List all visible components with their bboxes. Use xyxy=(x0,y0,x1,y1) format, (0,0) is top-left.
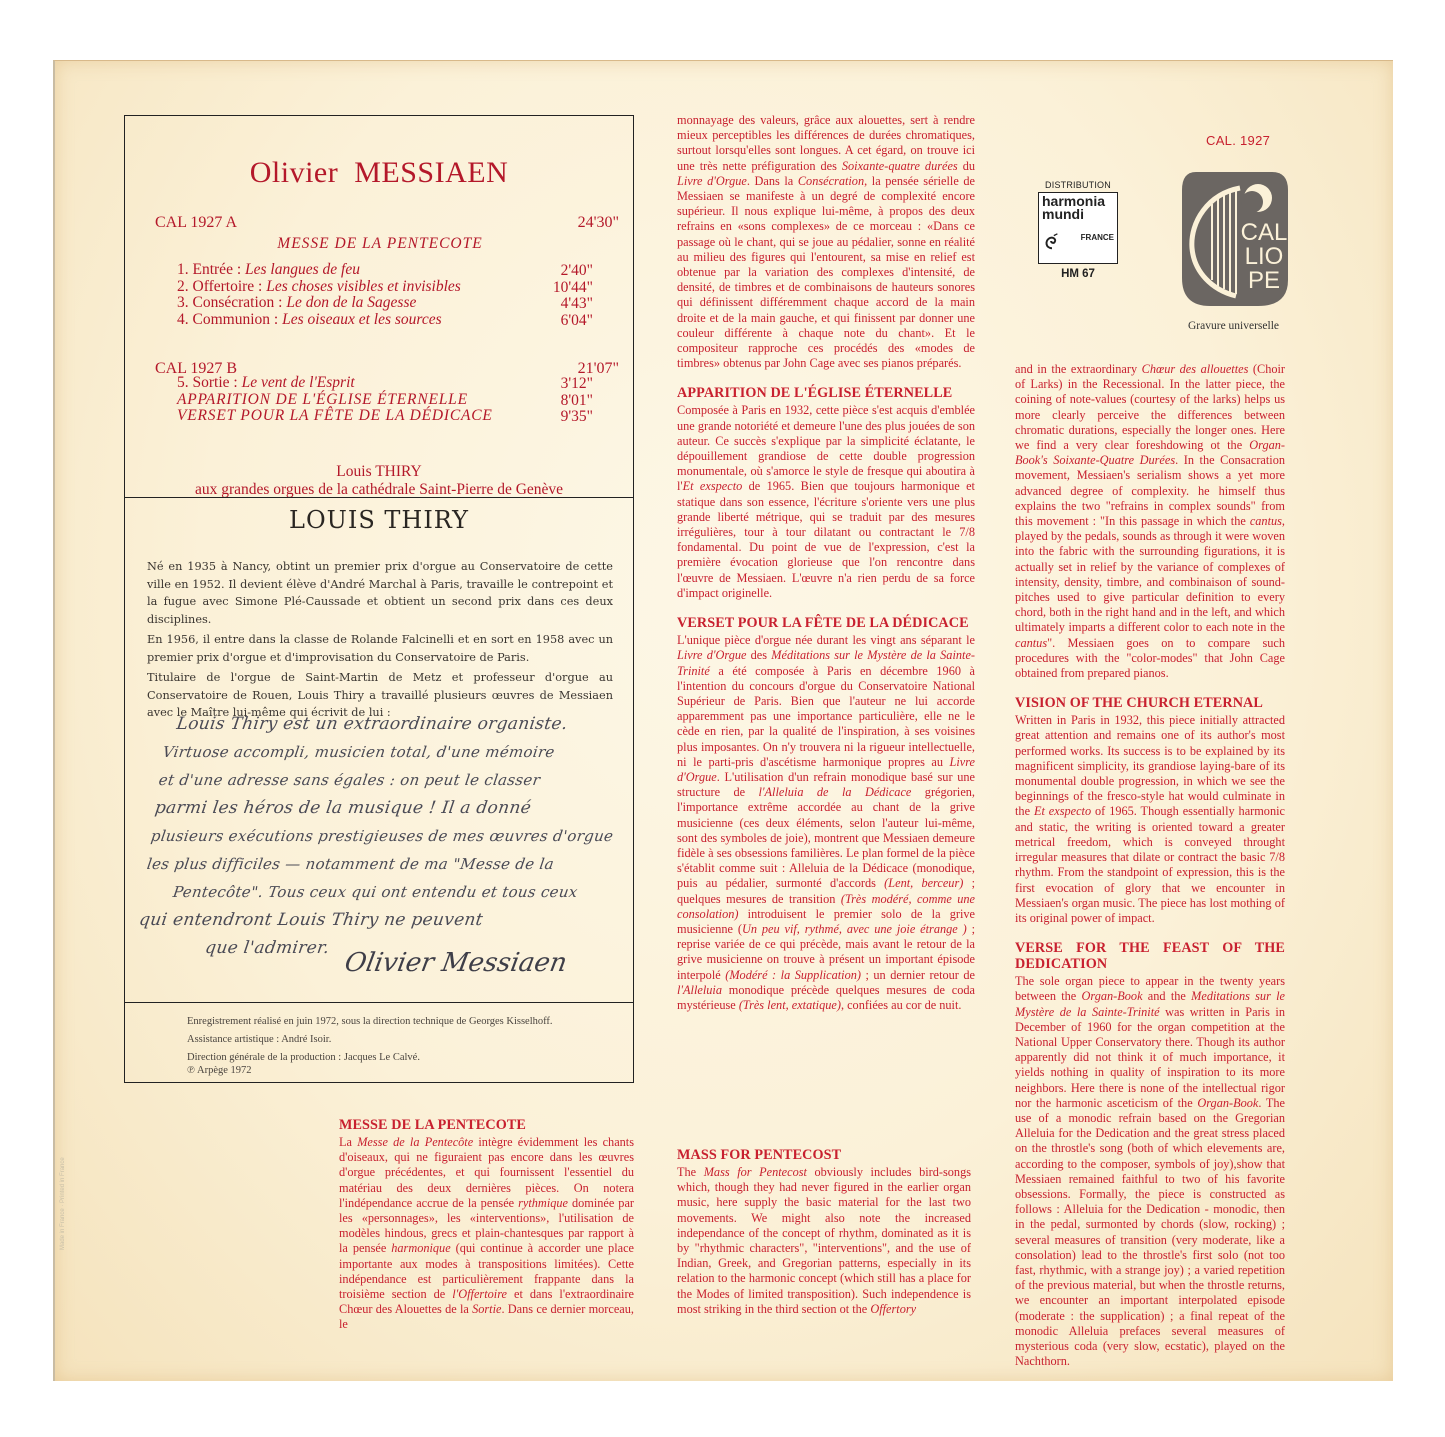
track-row: 4. Communion : Les oiseaux et les source… xyxy=(177,312,442,328)
distributor-country: FRANCE xyxy=(1081,233,1114,242)
mass-title: MESSE DE LA PENTECOTE xyxy=(165,235,595,253)
track-number: 2. Offertoire : xyxy=(177,278,266,295)
track-row: VERSET POUR LA FÊTE DE LA DÉDICACE xyxy=(177,408,493,424)
track-title: VERSET POUR LA FÊTE DE LA DÉDICACE xyxy=(177,407,493,424)
track-number: 4. Communion : xyxy=(177,311,282,328)
section-heading: VERSE FOR THE FEAST OF THE DEDICATION xyxy=(1015,940,1285,972)
track-number: 5. Sortie : xyxy=(177,374,242,391)
recording-credits: Enregistrement réalisé en juin 1972, sou… xyxy=(124,1002,634,1083)
section-heading: VISION OF THE CHURCH ETERNAL xyxy=(1015,695,1285,711)
track-duration: 8'01" xyxy=(561,392,593,410)
track-row: 2. Offertoire : Les choses visibles et i… xyxy=(177,279,461,295)
credit-line: Direction générale de la production : Ja… xyxy=(187,1052,420,1063)
performer-bio-panel: LOUIS THIRY Né en 1935 à Nancy, obtint u… xyxy=(124,497,634,1003)
track-title: Le don de la Sagesse xyxy=(286,294,416,311)
svg-text:PE: PE xyxy=(1248,267,1280,294)
track-title: APPARITION DE L'ÉGLISE ÉTERNELLE xyxy=(177,391,468,408)
section-heading: MESSE DE LA PENTECOTE xyxy=(339,1117,634,1133)
composer-first-name: Olivier xyxy=(250,156,338,189)
bio-paragraph: En 1956, il entre dans la classe de Rola… xyxy=(147,631,613,666)
handwritten-line: Pentecôte". Tous ceux qui ont entendu et… xyxy=(141,878,615,906)
track-duration: 9'35" xyxy=(561,408,593,426)
track-title: Les choses visibles et invisibles xyxy=(266,278,461,295)
catalog-number: CAL. 1927 xyxy=(1206,133,1270,148)
distribution-sticker: DISTRIBUTION harmonia mundi FRANCE HM 67 xyxy=(1036,180,1120,280)
composer-name: Olivier MESSIAEN xyxy=(125,156,633,190)
track-duration: 3'12" xyxy=(561,375,593,393)
track-row: 1. Entrée : Les langues de feu xyxy=(177,262,360,278)
handwritten-quote: Louis Thiry est un extraordinaire organi… xyxy=(133,710,638,962)
track-title: Les oiseaux et les sources xyxy=(282,311,442,328)
side-a-label: CAL 1927 A xyxy=(155,214,237,232)
composer-last-name: MESSIAEN xyxy=(354,156,508,189)
label-subtitle: Gravure universelle xyxy=(1188,320,1279,332)
section-body: L'unique pièce d'orgue née durant les vi… xyxy=(677,633,975,1013)
track-row: 5. Sortie : Le vent de l'Esprit xyxy=(177,375,355,391)
margin-print: Made in France · Printed in France xyxy=(60,1157,66,1250)
tracklist-panel: Olivier MESSIAEN CAL 1927 A 24'30" MESSE… xyxy=(124,115,634,498)
section-body: Composée à Paris en 1932, cette pièce s'… xyxy=(677,403,975,601)
handwritten-line: plusieurs exécutions prestigieuses de me… xyxy=(149,822,623,850)
svg-text:CAL: CAL xyxy=(1241,219,1288,246)
track-number: 1. Entrée : xyxy=(177,261,245,278)
section-body: The sole organ piece to appear in the tw… xyxy=(1015,974,1285,1369)
handwritten-line: et d'une adresse sans égales : on peut l… xyxy=(157,766,631,794)
distributor-code: HM 67 xyxy=(1036,268,1120,280)
track-duration: 10'44" xyxy=(553,279,593,297)
track-duration: 6'04" xyxy=(561,312,593,330)
track-title: Le vent de l'Esprit xyxy=(242,374,355,391)
handwritten-line: Louis Thiry est un extraordinaire organi… xyxy=(165,710,639,738)
notes-fr-messe: MESSE DE LA PENTECOTE La Messe de la Pen… xyxy=(339,1117,634,1333)
bio-text: Né en 1935 à Nancy, obtint un premier pr… xyxy=(147,558,613,725)
performer-name: Louis THIRY xyxy=(125,462,633,481)
track-duration: 2'40" xyxy=(561,262,593,280)
section-body: La Messe de la Pentecôte intègre évidemm… xyxy=(339,1135,634,1333)
harmonia-mundi-snail-icon xyxy=(1043,231,1061,251)
track-row: 3. Consécration : Le don de la Sagesse xyxy=(177,295,416,311)
notes-fr-column: monnayage des valeurs, grâce aux alouett… xyxy=(677,113,975,1027)
notes-en-column: and in the extraordinary Chœur des allou… xyxy=(1015,362,1285,1383)
section-body: monnayage des valeurs, grâce aux alouett… xyxy=(677,113,975,371)
distribution-label: DISTRIBUTION xyxy=(1036,180,1120,190)
handwritten-line: Virtuose accompli, musicien total, d'une… xyxy=(161,738,635,766)
section-heading: VERSET POUR LA FÊTE DE LA DÉDICACE xyxy=(677,615,975,631)
credit-line: Enregistrement réalisé en juin 1972, sou… xyxy=(187,1016,553,1027)
section-body: Written in Paris in 1932, this piece ini… xyxy=(1015,713,1285,926)
credit-line: Assistance artistique : André Isoir. xyxy=(187,1034,331,1045)
handwritten-line: qui entendront Louis Thiry ne peuvent xyxy=(137,906,611,934)
bio-title: LOUIS THIRY xyxy=(125,506,633,534)
section-body: The Mass for Pentecost obviously include… xyxy=(677,1165,971,1317)
signature: Olivier Messiaen xyxy=(342,948,569,978)
side-a-total: 24'30" xyxy=(578,214,619,232)
bio-paragraph: Né en 1935 à Nancy, obtint un premier pr… xyxy=(147,558,613,628)
section-heading: MASS FOR PENTECOST xyxy=(677,1147,971,1163)
track-row: APPARITION DE L'ÉGLISE ÉTERNELLE xyxy=(177,392,468,408)
track-title: Les langues de feu xyxy=(245,261,360,278)
calliope-harp-logo: CAL LIO PE xyxy=(1178,168,1290,308)
section-body: and in the extraordinary Chœur des allou… xyxy=(1015,362,1285,681)
handwritten-line: les plus difficiles — notamment de ma "M… xyxy=(145,850,619,878)
track-number: 3. Consécration : xyxy=(177,294,286,311)
phonogram-credit: ℗ Arpège 1972 xyxy=(187,1065,252,1076)
svg-text:LIO: LIO xyxy=(1245,243,1284,270)
distributor-brand-line2: mundi xyxy=(1042,208,1114,221)
handwritten-line: parmi les héros de la musique ! Il a don… xyxy=(153,794,627,822)
section-heading: APPARITION DE L'ÉGLISE ÉTERNELLE xyxy=(677,385,975,401)
track-duration: 4'43" xyxy=(561,295,593,313)
notes-en-mass: MASS FOR PENTECOST The Mass for Pentecos… xyxy=(677,1147,971,1317)
